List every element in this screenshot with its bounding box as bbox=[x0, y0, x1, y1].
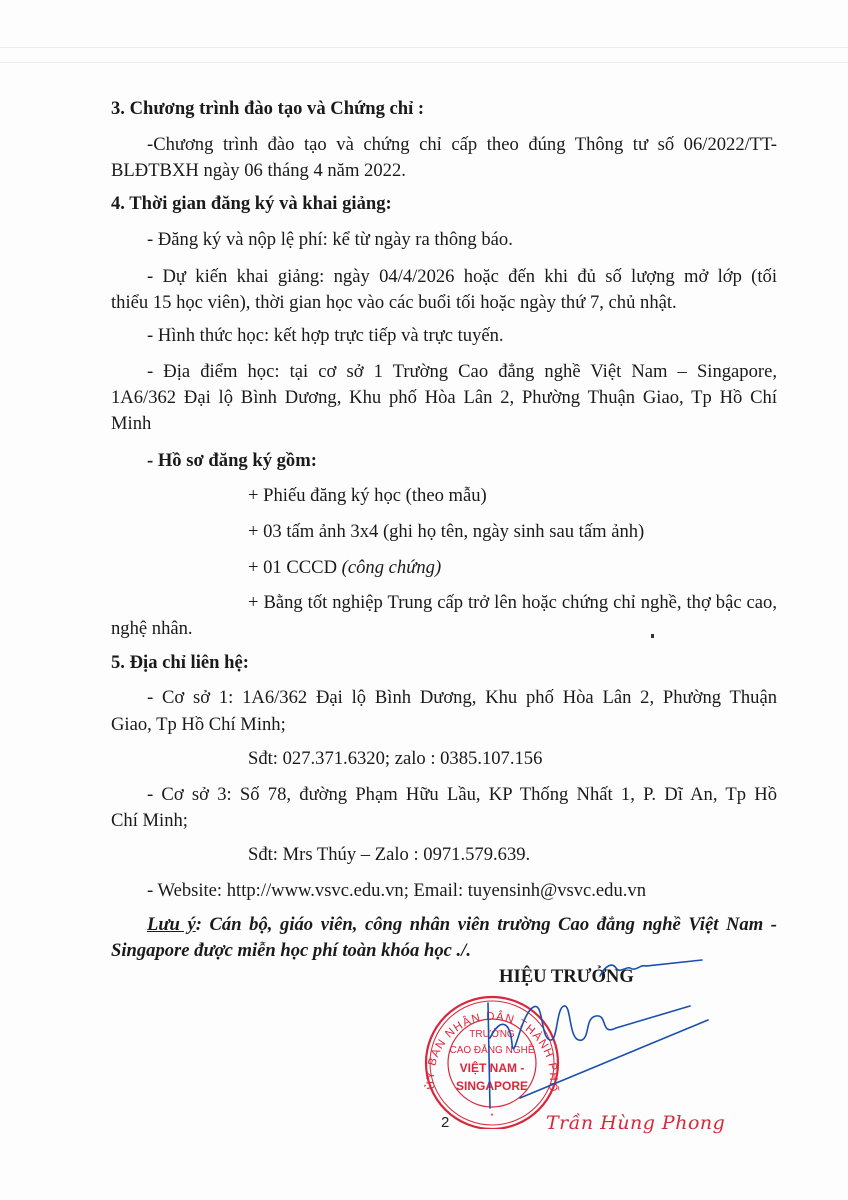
scan-speck bbox=[651, 634, 654, 638]
dossier-item: + 03 tấm ảnh 3x4 (ghi họ tên, ngày sinh … bbox=[248, 521, 644, 543]
campus3-line1: - Cơ sở 3: Số 78, đường Phạm Hữu Lầu, KP… bbox=[147, 784, 777, 806]
section-5-heading: 5. Địa chỉ liên hệ: bbox=[111, 652, 249, 674]
website-label: - Website: bbox=[147, 880, 227, 901]
format-line: - Hình thức học: kết hợp trực tiếp và tr… bbox=[147, 325, 504, 347]
campus1-line2: Giao, Tp Hồ Chí Minh; bbox=[111, 714, 286, 736]
signer-name: Trần Hùng Phong bbox=[546, 1112, 725, 1134]
campus3-line2: Chí Minh; bbox=[111, 810, 188, 832]
location-line2: 1A6/362 Đại lộ Bình Dương, Khu phố Hòa L… bbox=[111, 387, 777, 409]
dossier-item-cccd: + 01 CCCD (công chứng) bbox=[248, 557, 441, 579]
contact-web-email: - Website: http://www.vsvc.edu.vn; Email… bbox=[147, 880, 646, 902]
document-page: 3. Chương trình đào tạo và Chứng chỉ : -… bbox=[0, 0, 848, 1200]
opening-line2: thiểu 15 học viên), thời gian học vào cá… bbox=[111, 292, 677, 314]
cccd-note: (công chứng) bbox=[342, 557, 441, 578]
note-line1: Lưu ý: Cán bộ, giáo viên, công nhân viên… bbox=[147, 914, 777, 936]
email-label: ; Email: bbox=[404, 880, 468, 901]
page-number: 2 bbox=[441, 1114, 449, 1131]
registration-line: - Đăng ký và nộp lệ phí: kể từ ngày ra t… bbox=[147, 229, 513, 251]
email-link[interactable]: tuyensinh@vsvc.edu.vn bbox=[468, 880, 646, 901]
section-3-text-line2: BLĐTBXH ngày 06 tháng 4 năm 2022. bbox=[111, 160, 406, 182]
section-4-heading: 4. Thời gian đăng ký và khai giảng: bbox=[111, 193, 392, 215]
location-line1: - Địa điểm học: tại cơ sở 1 Trường Cao đ… bbox=[147, 361, 777, 383]
website-link[interactable]: http://www.vsvc.edu.vn bbox=[227, 880, 404, 901]
campus1-line1: - Cơ sở 1: 1A6/362 Đại lộ Bình Dương, Kh… bbox=[147, 687, 777, 709]
section-3-text-line1: -Chương trình đào tạo và chứng chỉ cấp t… bbox=[147, 134, 777, 156]
location-line3: Minh bbox=[111, 413, 151, 435]
diploma-line1: + Bằng tốt nghiệp Trung cấp trở lên hoặc… bbox=[248, 592, 777, 614]
section-3-heading: 3. Chương trình đào tạo và Chứng chỉ : bbox=[111, 98, 424, 120]
note-line2: Singapore được miễn học phí toàn khóa họ… bbox=[111, 940, 471, 962]
diploma-line2: nghệ nhân. bbox=[111, 618, 193, 640]
scan-artifact bbox=[0, 47, 848, 48]
note-text: : Cán bộ, giáo viên, công nhân viên trườ… bbox=[196, 914, 777, 935]
cccd-text: + 01 CCCD bbox=[248, 557, 342, 578]
dossier-item: + Phiếu đăng ký học (theo mẫu) bbox=[248, 485, 487, 507]
opening-line1: - Dự kiến khai giảng: ngày 04/4/2026 hoặ… bbox=[147, 266, 777, 288]
scan-artifact bbox=[0, 62, 848, 63]
signature-icon bbox=[440, 948, 720, 1118]
campus3-phone: Sđt: Mrs Thúy – Zalo : 0971.579.639. bbox=[248, 844, 530, 866]
note-label: Lưu ý bbox=[147, 914, 196, 935]
dossier-heading: - Hồ sơ đăng ký gồm: bbox=[147, 450, 317, 472]
campus1-phone: Sđt: 027.371.6320; zalo : 0385.107.156 bbox=[248, 748, 542, 770]
